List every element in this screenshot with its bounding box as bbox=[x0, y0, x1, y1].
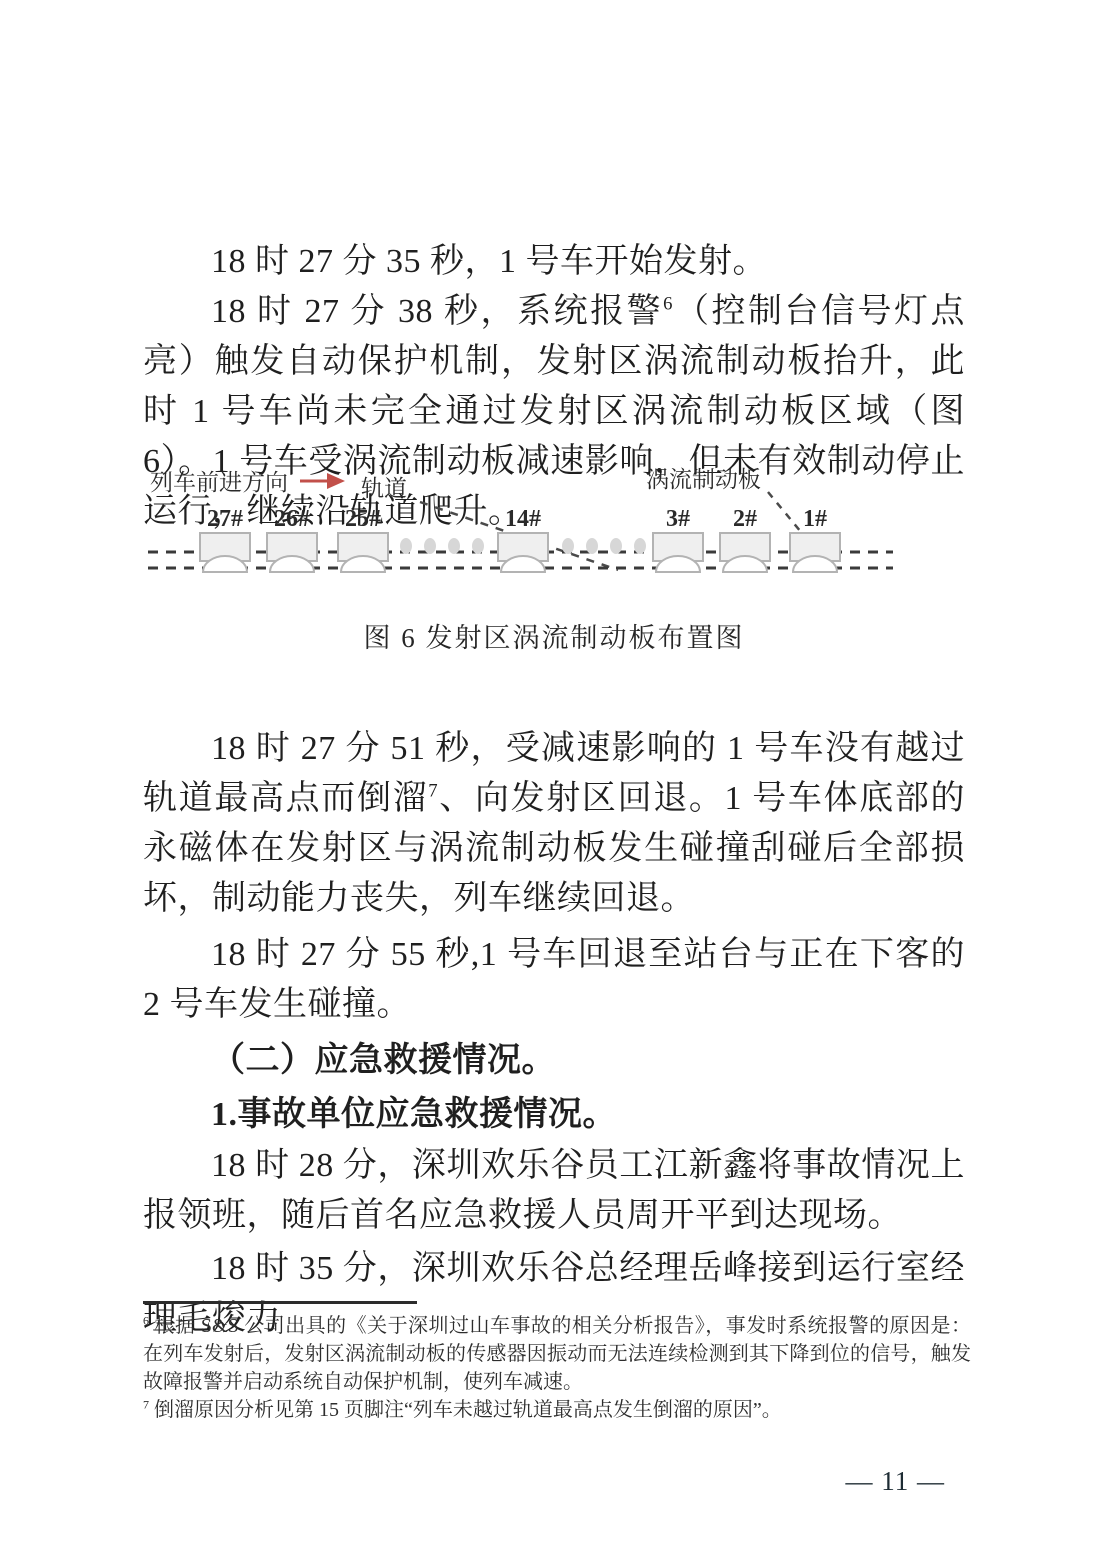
svg-text:3#: 3# bbox=[666, 506, 690, 532]
footnotes-block: 6 根据 S&S 公司出具的《关于深圳过山车事故的相关分析报告》，事发时系统报警… bbox=[143, 1312, 971, 1424]
footnote-text: 倒溜原因分析见第 15 页脚注“列车未越过轨道最高点发生倒溜的原因”。 bbox=[154, 1399, 782, 1421]
document-page: 18 时 27 分 35 秒，1 号车开始发射。 18 时 27 分 38 秒，… bbox=[0, 0, 1102, 1559]
brake-plate-2: 2# bbox=[720, 506, 770, 572]
brake-plate-1: 1# bbox=[790, 506, 840, 572]
subsection-heading-unit-rescue: 1.事故单位应急救援情况。 bbox=[143, 1090, 965, 1140]
direction-arrow-icon bbox=[300, 473, 345, 489]
footnote-divider bbox=[143, 1301, 417, 1304]
footnote-text: 根据 S&S 公司出具的《关于深圳过山车事故的相关分析报告》，事发时系统报警的原… bbox=[143, 1315, 971, 1393]
svg-text:1#: 1# bbox=[803, 506, 827, 532]
brake-plate-label: 涡流制动板 bbox=[646, 467, 761, 492]
paragraph-report-foreman: 18 时 28 分，深圳欢乐谷员工江新鑫将事故情况上报领班，随后首名应急救援人员… bbox=[143, 1141, 965, 1241]
footnote-marker: 7 bbox=[143, 1397, 149, 1411]
train-direction-label: 列车前进方向 bbox=[150, 470, 288, 495]
svg-text:27#: 27# bbox=[207, 506, 243, 532]
footnote-6: 6 根据 S&S 公司出具的《关于深圳过山车事故的相关分析报告》，事发时系统报警… bbox=[143, 1312, 971, 1396]
paragraph-text: 18 时 27 分 38 秒，系统报警 bbox=[211, 293, 663, 330]
track-label: 轨道 bbox=[361, 476, 407, 501]
brake-plate-25: 25# bbox=[338, 506, 388, 572]
svg-text:2#: 2# bbox=[733, 506, 757, 532]
paragraph-launch-start: 18 时 27 分 35 秒，1 号车开始发射。 bbox=[143, 237, 965, 287]
brake-plate-26: 26# bbox=[267, 506, 317, 572]
brake-plate-3: 3# bbox=[653, 506, 703, 572]
svg-text:26#: 26# bbox=[274, 506, 310, 532]
brake-plate-27: 27# bbox=[200, 506, 250, 572]
footnote-7: 7 倒溜原因分析见第 15 页脚注“列车未越过轨道最高点发生倒溜的原因”。 bbox=[143, 1396, 971, 1424]
svg-text:25#: 25# bbox=[345, 506, 381, 532]
paragraph-rollback: 18 时 27 分 51 秒，受减速影响的 1 号车没有越过轨道最高点而倒溜7、… bbox=[143, 724, 965, 924]
figure-caption: 图 6 发射区涡流制动板布置图 bbox=[143, 616, 965, 655]
brake-plate-leader-line bbox=[768, 492, 801, 532]
paragraph-collision: 18 时 27 分 55 秒,1 号车回退至站台与正在下客的 2 号车发生碰撞。 bbox=[143, 930, 965, 1030]
brake-plate-diagram: 列车前进方向 轨道 涡流制动板 bbox=[148, 462, 893, 602]
footnote-marker: 6 bbox=[143, 1313, 149, 1327]
footnote-ref-6: 6 bbox=[663, 294, 673, 315]
page-number: — 11 — bbox=[846, 1466, 946, 1497]
svg-text:14#: 14# bbox=[505, 506, 541, 532]
footnote-ref-7: 7 bbox=[428, 781, 438, 802]
section-heading-emergency-rescue: （二）应急救援情况。 bbox=[143, 1036, 965, 1086]
figure-brake-plate-layout: 列车前进方向 轨道 涡流制动板 bbox=[148, 462, 893, 602]
brake-plate-14: 14# bbox=[498, 506, 548, 572]
